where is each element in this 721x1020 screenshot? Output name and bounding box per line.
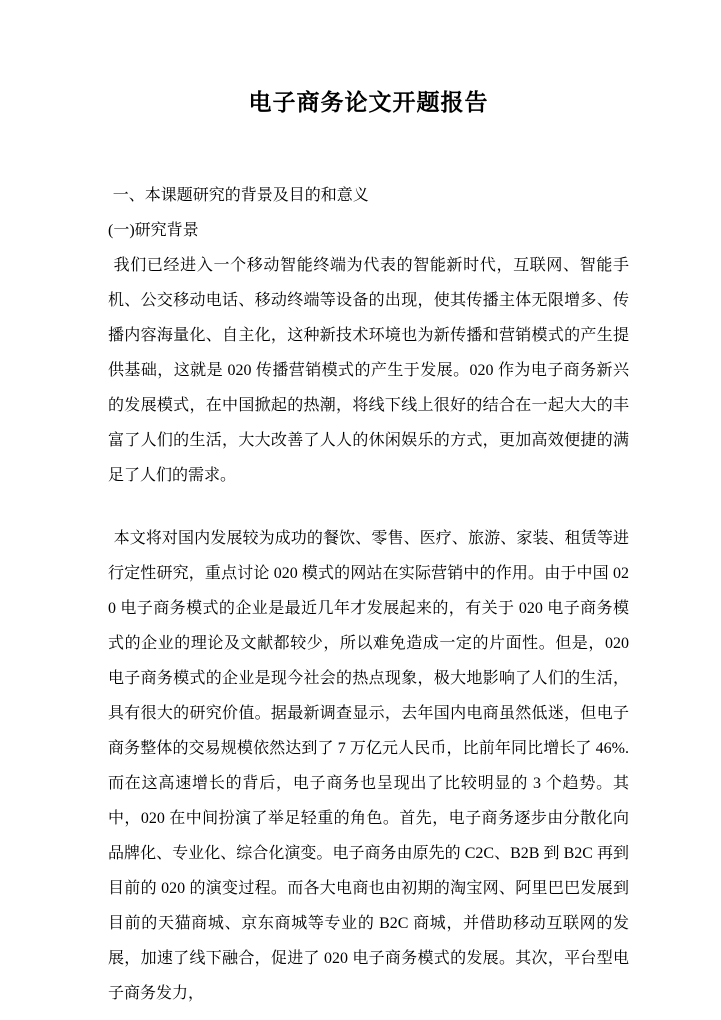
subsection-heading: (一)研究背景 [108,213,629,248]
document-page: 电子商务论文开题报告 一、本课题研究的背景及目的和意义 (一)研究背景 我们已经… [0,0,721,1020]
document-title: 电子商务论文开题报告 [108,88,629,118]
section-heading: 一、本课题研究的背景及目的和意义 [108,178,629,213]
paragraph-research-background-1: 我们已经进入一个移动智能终端为代表的智能新时代，互联网、智能手机、公交移动电话、… [108,248,629,493]
paragraph-research-background-2: 本文将对国内发展较为成功的餐饮、零售、医疗、旅游、家装、租赁等进行定性研究，重点… [108,521,629,1011]
